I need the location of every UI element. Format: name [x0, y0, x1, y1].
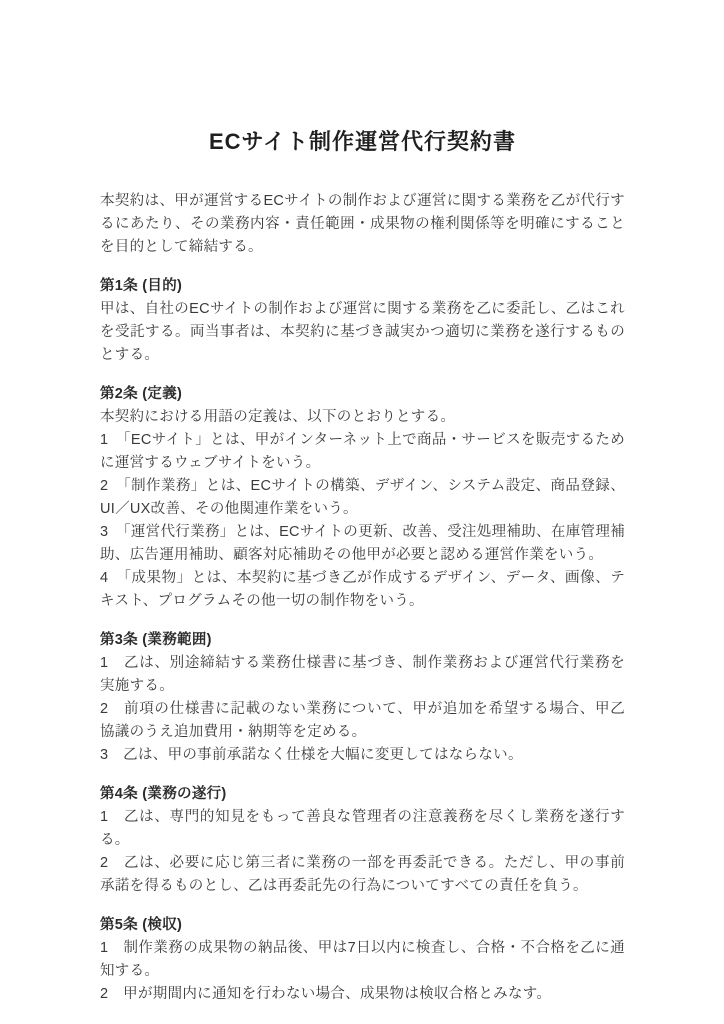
article-paragraph: 2 「制作業務」とは、ECサイトの構築、デザイン、システム設定、商品登録、UI／…: [100, 475, 625, 521]
article-3-heading: 第3条 (業務範囲): [100, 629, 625, 652]
article-paragraph: 1 制作業務の成果物の納品後、甲は7日以内に検査し、合格・不合格を乙に通知する。: [100, 937, 625, 983]
article-paragraph: 1 乙は、別途締結する業務仕様書に基づき、制作業務および運営代行業務を実施する。: [100, 652, 625, 698]
article-paragraph: 1 乙は、専門的知見をもって善良な管理者の注意義務を尽くし業務を遂行する。: [100, 806, 625, 852]
article-2: 第2条 (定義) 本契約における用語の定義は、以下のとおりとする。 1 「ECサ…: [100, 383, 625, 613]
article-paragraph: 1 「ECサイト」とは、甲がインターネット上で商品・サービスを販売するために運営…: [100, 429, 625, 475]
article-paragraph: 本契約における用語の定義は、以下のとおりとする。: [100, 406, 625, 429]
article-1: 第1条 (目的) 甲は、自社のECサイトの制作および運営に関する業務を乙に委託し…: [100, 275, 625, 367]
document-title: ECサイト制作運営代行契約書: [100, 126, 625, 158]
intro-paragraph: 本契約は、甲が運営するECサイトの制作および運営に関する業務を乙が代行するにあた…: [100, 190, 625, 259]
article-paragraph: 甲は、自社のECサイトの制作および運営に関する業務を乙に委託し、乙はこれを受託す…: [100, 298, 625, 367]
intro-section: 本契約は、甲が運営するECサイトの制作および運営に関する業務を乙が代行するにあた…: [100, 190, 625, 259]
contract-document-page: ECサイト制作運営代行契約書 本契約は、甲が運営するECサイトの制作および運営に…: [0, 0, 724, 1024]
article-paragraph: 2 乙は、必要に応じ第三者に業務の一部を再委託できる。ただし、甲の事前承諾を得る…: [100, 852, 625, 898]
article-paragraph: 3 「運営代行業務」とは、ECサイトの更新、改善、受注処理補助、在庫管理補助、広…: [100, 521, 625, 567]
article-4: 第4条 (業務の遂行) 1 乙は、専門的知見をもって善良な管理者の注意義務を尽く…: [100, 783, 625, 898]
article-paragraph: 4 「成果物」とは、本契約に基づき乙が作成するデザイン、データ、画像、テキスト、…: [100, 567, 625, 613]
article-paragraph: 2 前項の仕様書に記載のない業務について、甲が追加を希望する場合、甲乙協議のうえ…: [100, 698, 625, 744]
article-5-heading: 第5条 (検収): [100, 914, 625, 937]
article-paragraph: 3 乙は、甲の事前承諾なく仕様を大幅に変更してはならない。: [100, 744, 625, 767]
article-4-heading: 第4条 (業務の遂行): [100, 783, 625, 806]
article-5: 第5条 (検収) 1 制作業務の成果物の納品後、甲は7日以内に検査し、合格・不合…: [100, 914, 625, 1006]
article-2-heading: 第2条 (定義): [100, 383, 625, 406]
article-paragraph: 2 甲が期間内に通知を行わない場合、成果物は検収合格とみなす。: [100, 983, 625, 1006]
article-3: 第3条 (業務範囲) 1 乙は、別途締結する業務仕様書に基づき、制作業務および運…: [100, 629, 625, 767]
article-1-heading: 第1条 (目的): [100, 275, 625, 298]
